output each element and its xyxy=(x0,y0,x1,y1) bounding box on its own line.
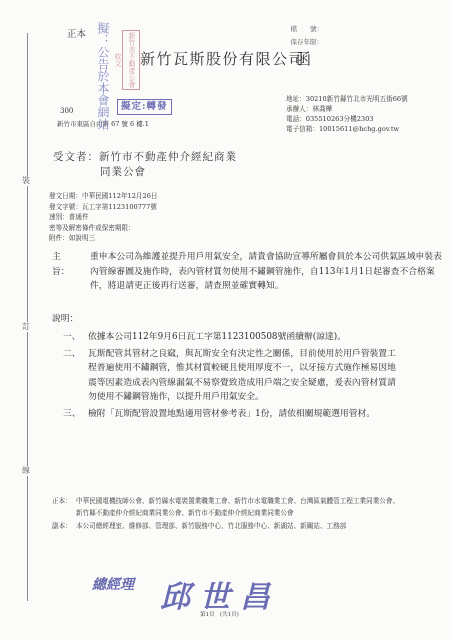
explanation-items: 一、 依據本公司112年9月6日瓦工字第1123100508號函續辦(諒達)。 … xyxy=(63,330,403,424)
company-name: 新竹瓦斯股份有限公司 xyxy=(140,48,305,69)
postal-code: 300 xyxy=(60,107,73,115)
subject-text: 重申本公司為維護並提升用戶用氣安全，請貴會協助宣導所屬會員於本公司供氣區域申裝表… xyxy=(90,250,450,294)
item-number: 三、 xyxy=(63,407,81,422)
file-number-label: 檔 號： xyxy=(283,23,323,36)
item-number: 二、 xyxy=(63,347,81,362)
original-recipients-value: 中華民國電機技師公會、新竹縣水電裝置業職業工會、新竹市水電職業工會、台灣區氣體管… xyxy=(76,497,399,517)
file-info: 檔 號： 保存年限： xyxy=(283,23,323,49)
item-text: 檢附「瓦斯配管設置地點適用管材參考表」1份，請依相關規範選用管材。 xyxy=(88,409,375,419)
page-number: 第1頁 (共1頁) xyxy=(200,610,239,618)
binding-label-zhuang: 裝 xyxy=(22,176,30,186)
attachment: 附件：如說明三 xyxy=(49,233,158,244)
official-letter-page: 裝 訂 線 檔 號： 保存年限： 正本 300 新竹市東區自由路 67 號 6 … xyxy=(0,0,452,640)
received-stamp: 新竹市不動產公會收文 xyxy=(122,30,140,90)
instruction-stamp: 擬：公告於本會網站 xyxy=(95,22,109,130)
issue-date: 發文日期：中華民國112年12月26日 xyxy=(49,191,158,202)
binding-label-xian: 線 xyxy=(22,466,30,476)
original-recipients-label: 正本： xyxy=(52,495,72,507)
explanation-item: 二、 瓦斯配管其管材之良窳，與瓦斯安全有決定性之關係，目前使用於用戶管裝置工程普… xyxy=(63,347,403,405)
explanation-label: 說明： xyxy=(52,311,78,324)
signature-title: 總經理 xyxy=(92,574,134,594)
explanation-item: 一、 依據本公司112年9月6日瓦工字第1123100508號函續辦(諒達)。 xyxy=(63,330,403,345)
original-recipients: 正本： 中華民國電機技師公會、新竹縣水電裝置業職業工會、新竹市水電職業工會、台灣… xyxy=(52,495,402,519)
recipient-line2: 同業公會 xyxy=(53,165,237,180)
confidentiality: 密等及解密條件或保密期限： xyxy=(49,223,158,234)
contact-phone: 電話：035510263分機2303 xyxy=(286,114,408,124)
issue-number: 發文字號：瓦工字第1123100777號 xyxy=(49,202,158,213)
contact-person: 承辦人：林喬樺 xyxy=(286,104,408,114)
copy-label: 正本 xyxy=(67,26,86,40)
item-text: 依據本公司112年9月6日瓦工字第1123100508號函續辦(諒達)。 xyxy=(88,332,346,342)
copy-recipients-value: 本公司總經理室、維修部、管理部、新竹服務中心、竹北服務中心、新湖站、新關站、工務… xyxy=(76,522,346,530)
explanation-item: 三、 檢附「瓦斯配管設置地點適用管材參考表」1份，請依相關規範選用管材。 xyxy=(63,407,403,422)
distribution-list: 正本： 中華民國電機技師公會、新竹縣水電裝置業職業工會、新竹市水電職業工會、台灣… xyxy=(52,495,402,533)
contact-block: 地址：30210新竹縣竹北市光明五街66號 承辦人：林喬樺 電話：0355102… xyxy=(286,94,408,134)
copy-recipients-label: 副本： xyxy=(52,520,72,532)
document-type: 函 xyxy=(296,48,311,69)
document-meta: 發文日期：中華民國112年12月26日 發文字號：瓦工字第1123100777號… xyxy=(49,191,158,244)
recipient-label: 受文者： xyxy=(53,151,99,163)
forward-stamp: 擬定:轉發 xyxy=(117,99,172,115)
binding-line xyxy=(27,33,28,601)
recipient-line1: 新竹市不動產仲介經紀商業 xyxy=(99,151,237,163)
item-text: 瓦斯配管其管材之良窳，與瓦斯安全有決定性之關係，目前使用於用戶管裝置工程普遍使用… xyxy=(88,349,396,403)
copy-recipients: 副本： 本公司總經理室、維修部、管理部、新竹服務中心、竹北服務中心、新湖站、新關… xyxy=(52,520,402,532)
urgency: 速別：普通件 xyxy=(49,212,158,223)
contact-email: 電子信箱：10015611@hchg.gov.tw xyxy=(286,124,408,134)
item-number: 一、 xyxy=(63,330,81,345)
binding-label-ding: 訂 xyxy=(22,322,30,332)
contact-address: 地址：30210新竹縣竹北市光明五街66號 xyxy=(286,94,408,104)
recipient-block: 受文者：新竹市不動產仲介經紀商業 同業公會 xyxy=(53,150,237,180)
subject-label: 主旨： xyxy=(52,250,70,279)
